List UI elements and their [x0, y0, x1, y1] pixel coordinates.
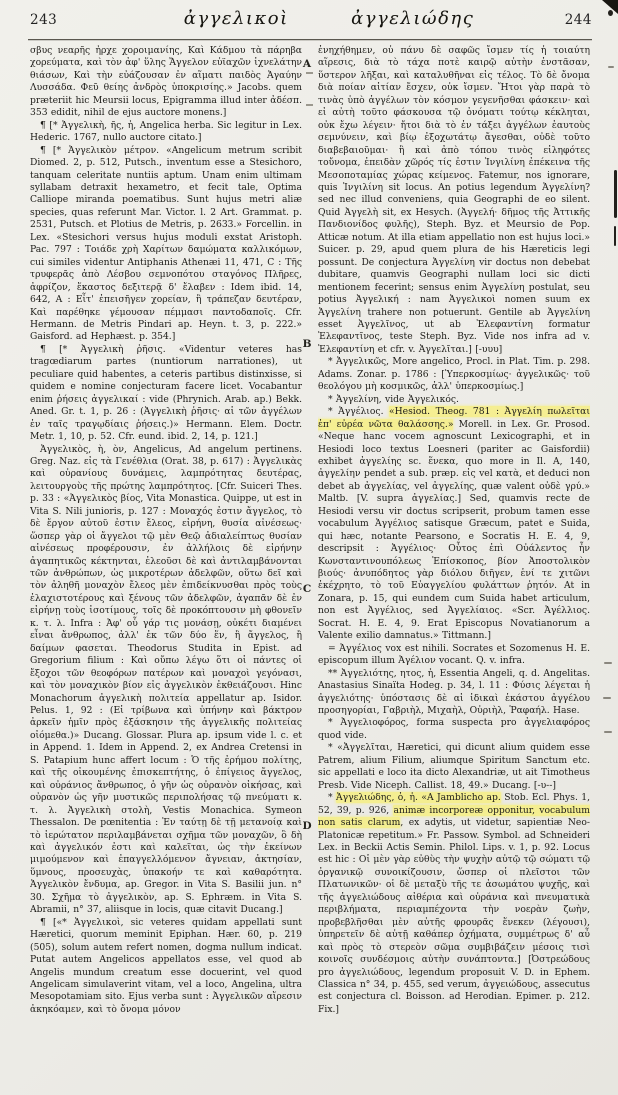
scan-artifact-dash — [604, 731, 612, 733]
paragraph: ¶ [* Ἀγγελικὴ, ῆς, ἡ, Angelica herba. Si… — [30, 120, 302, 145]
scan-artifact-streak — [614, 226, 616, 246]
gutter-letter-d: D — [299, 820, 315, 832]
paragraph: * Ἀγγελιοφόρος, forma suspecta pro ἀγγελ… — [318, 717, 590, 742]
text-run: , ex adytis, ut videtur, sapientiæ Neo-P… — [318, 817, 590, 1015]
paragraph: ¶ [* Ἀγγελικὴ ῥῆσις. «Videntur veteres h… — [30, 344, 302, 444]
highlighted-text: Ἀγγελιώδης, ὁ, ἡ. «A Jamblicho ap. — [336, 792, 501, 803]
text-run: ** Ἀγγελιότης, ητος, ἡ, Essentia Angeli,… — [318, 668, 590, 716]
text-run: = Ἀγγέλιος vox est nihili. Socrates et S… — [318, 643, 590, 666]
paragraph: ἐνηχήθημεν, οὐ πάνυ δὲ σαφῶς ἴσμεν τίς ἡ… — [318, 45, 590, 356]
scan-artifact-dash — [306, 72, 313, 74]
gutter-letter-a: A — [299, 58, 315, 70]
text-columns: σβυς νεαρῆς ἦρχε χοροιμανίης, Καὶ Κάδμου… — [30, 45, 590, 1020]
gutter-letter-c: C — [299, 583, 315, 595]
header-rule — [28, 39, 592, 40]
scanned-lexicon-page: { "page": { "left_page_number": "243", "… — [0, 0, 618, 1095]
lexicon-page: 243 ἀγγελικοὶ ἀγγελιώδης 244 σβυς νεαρῆς… — [0, 0, 618, 1095]
left-page-number: 243 — [30, 12, 57, 28]
left-running-headword: ἀγγελικοὶ — [184, 8, 289, 29]
right-page-number: 244 — [565, 12, 592, 28]
text-run: σβυς νεαρῆς ἦρχε χοροιμανίης, Καὶ Κάδμου… — [30, 45, 302, 118]
paragraph: = Ἀγγέλιος vox est nihili. Socrates et S… — [318, 643, 590, 668]
scan-artifact-dash — [604, 662, 612, 664]
text-run: ¶ [* Ἀγγελικὸν μέτρον. «Angelicum metrum… — [30, 145, 302, 343]
scan-artifact-streak — [614, 170, 617, 218]
text-run: ¶ [«* Ἀγγελικοὶ, sic veteres quidam appe… — [30, 917, 302, 1015]
text-run: * Ἀγγελιοφόρος, forma suspecta pro ἀγγελ… — [318, 717, 590, 740]
paragraph: * «Ἀγγελῖται, Hæretici, qui dicunt alium… — [318, 742, 590, 792]
right-column: ἐνηχήθημεν, οὐ πάνυ δὲ σαφῶς ἴσμεν τίς ἡ… — [318, 45, 590, 1020]
scan-artifact-dot — [608, 10, 613, 16]
gutter-letter-b: B — [299, 338, 315, 350]
left-column: σβυς νεαρῆς ἦρχε χοροιμανίης, Καὶ Κάδμου… — [30, 45, 302, 1020]
text-run: * — [328, 792, 336, 803]
text-run: * Ἀγγελικῶς, More angelico, Procl. in Pl… — [318, 356, 590, 392]
right-running-headword: ἀγγελιώδης — [351, 8, 474, 29]
paragraph: Ἀγγελικὸς, ὴ, ὸν, Angelicus, Ad angelum … — [30, 444, 302, 917]
text-run: ¶ [* Ἀγγελικὴ, ῆς, ἡ, Angelica herba. Si… — [30, 120, 302, 143]
paragraph: ¶ [* Ἀγγελικὸν μέτρον. «Angelicum metrum… — [30, 145, 302, 344]
paragraph: ** Ἀγγελιότης, ητος, ἡ, Essentia Angeli,… — [318, 668, 590, 718]
text-run: * Ἀγγελίνη, vide Ἀγγελικός. — [328, 394, 459, 405]
scan-artifact-dash — [603, 697, 611, 699]
paragraph: ¶ [«* Ἀγγελικοὶ, sic veteres quidam appe… — [30, 917, 302, 1017]
text-run: ἐνηχήθημεν, οὐ πάνυ δὲ σαφῶς ἴσμεν τίς ἡ… — [318, 45, 590, 355]
scan-artifact-dash — [306, 104, 313, 106]
paragraph: * Ἀγγελικῶς, More angelico, Procl. in Pl… — [318, 356, 590, 393]
page-header: 243 ἀγγελικοὶ ἀγγελιώδης 244 — [30, 8, 592, 38]
scan-artifact-dash — [608, 66, 614, 68]
text-run: ¶ [* Ἀγγελικὴ ῥῆσις. «Videntur veteres h… — [30, 344, 302, 442]
text-run: * Ἀγγέλιος. — [328, 406, 389, 417]
text-run: Morell. in Lex. Gr. Prosod. «Neque hanc … — [318, 419, 590, 642]
paragraph: σβυς νεαρῆς ἦρχε χοροιμανίης, Καὶ Κάδμου… — [30, 45, 302, 120]
paragraph: * Ἀγγέλιος. «Hesiod. Theog. 781 : Ἀγγελί… — [318, 406, 590, 643]
text-run: Ἀγγελικὸς, ὴ, ὸν, Angelicus, Ad angelum … — [30, 444, 302, 916]
paragraph: * Ἀγγελίνη, vide Ἀγγελικός. — [318, 394, 590, 406]
paragraph: * Ἀγγελιώδης, ὁ, ἡ. «A Jamblicho ap. Sto… — [318, 792, 590, 1016]
text-run: * «Ἀγγελῖται, Hæretici, qui dicunt alium… — [318, 742, 590, 790]
